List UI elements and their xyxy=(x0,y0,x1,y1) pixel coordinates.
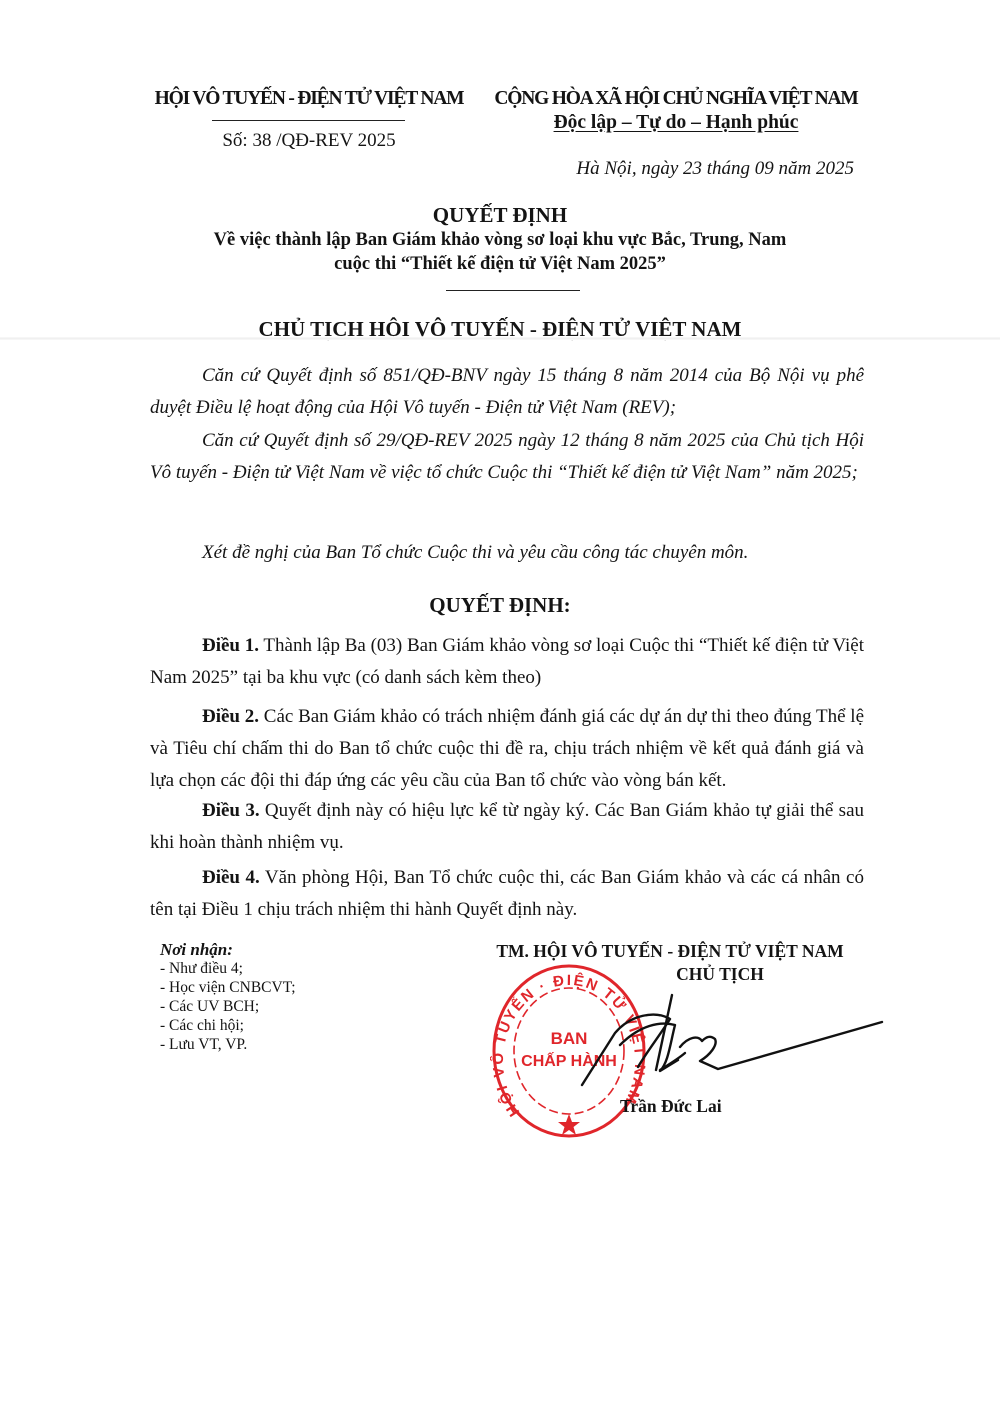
recipients-heading: Nơi nhận: xyxy=(160,940,296,959)
article-4-label: Điều 4. xyxy=(202,867,260,888)
title-rule xyxy=(446,290,580,291)
legal-basis-1-text: Căn cứ Quyết định số 851/QĐ-BNV ngày 15 … xyxy=(150,365,864,418)
signatory-name: Trần Đức Lai xyxy=(620,1096,722,1117)
article-1-label: Điều 1. xyxy=(202,635,259,656)
document-type-title: QUYẾT ĐỊNH xyxy=(0,203,1000,228)
legal-basis-2: Căn cứ Quyết định số 29/QĐ-REV 2025 ngày… xyxy=(150,425,864,489)
recipient-item: - Học viện CNBCVT; xyxy=(160,978,296,997)
header-rule-left xyxy=(212,120,405,121)
national-title: CỘNG HÒA XÃ HỘI CHỦ NGHĨA VIỆT NAM xyxy=(484,88,868,110)
consideration-text: Xét đề nghị của Ban Tổ chức Cuộc thi và … xyxy=(202,542,748,563)
article-4: Điều 4. Văn phòng Hội, Ban Tổ chức cuộc … xyxy=(150,862,864,926)
national-motto-text: Độc lập – Tự do – Hạnh phúc xyxy=(554,112,799,133)
subject-line-2: cuộc thi “Thiết kế điện tử Việt Nam 2025… xyxy=(0,254,1000,275)
legal-basis-2-text: Căn cứ Quyết định số 29/QĐ-REV 2025 ngày… xyxy=(150,430,864,483)
recipient-item: - Các chi hội; xyxy=(160,1016,296,1035)
recipient-item: - Các UV BCH; xyxy=(160,997,296,1016)
article-1: Điều 1. Thành lập Ba (03) Ban Giám khảo … xyxy=(150,630,864,694)
article-2: Điều 2. Các Ban Giám khảo có trách nhiệm… xyxy=(150,701,864,797)
decision-heading: QUYẾT ĐỊNH: xyxy=(0,593,1000,618)
subject-line-1: Về việc thành lập Ban Giám khảo vòng sơ … xyxy=(0,230,1000,251)
recipient-item: - Như điều 4; xyxy=(160,959,296,978)
document-number: Số: 38 /QĐ-REV 2025 xyxy=(148,130,470,152)
place-and-date: Hà Nội, ngày 23 tháng 09 năm 2025 xyxy=(484,158,868,180)
issuing-organization: HỘI VÔ TUYẾN - ĐIỆN TỬ VIỆT NAM xyxy=(148,88,470,110)
article-3-label: Điều 3. xyxy=(202,800,260,821)
article-3: Điều 3. Quyết định này có hiệu lực kể từ… xyxy=(150,795,864,859)
handwritten-signature-icon xyxy=(560,975,890,1095)
consideration: Xét đề nghị của Ban Tổ chức Cuộc thi và … xyxy=(150,537,864,569)
article-2-label: Điều 2. xyxy=(202,706,259,727)
recipients-list: Nơi nhận: - Như điều 4; - Học viện CNBCV… xyxy=(160,940,296,1054)
signature-on-behalf: TM. HỘI VÔ TUYẾN - ĐIỆN TỬ VIỆT NAM xyxy=(470,941,870,962)
scan-artifact xyxy=(0,337,1000,340)
legal-basis-1: Căn cứ Quyết định số 851/QĐ-BNV ngày 15 … xyxy=(150,360,864,424)
national-motto: Độc lập – Tự do – Hạnh phúc xyxy=(484,112,868,134)
recipient-item: - Lưu VT, VP. xyxy=(160,1035,296,1054)
